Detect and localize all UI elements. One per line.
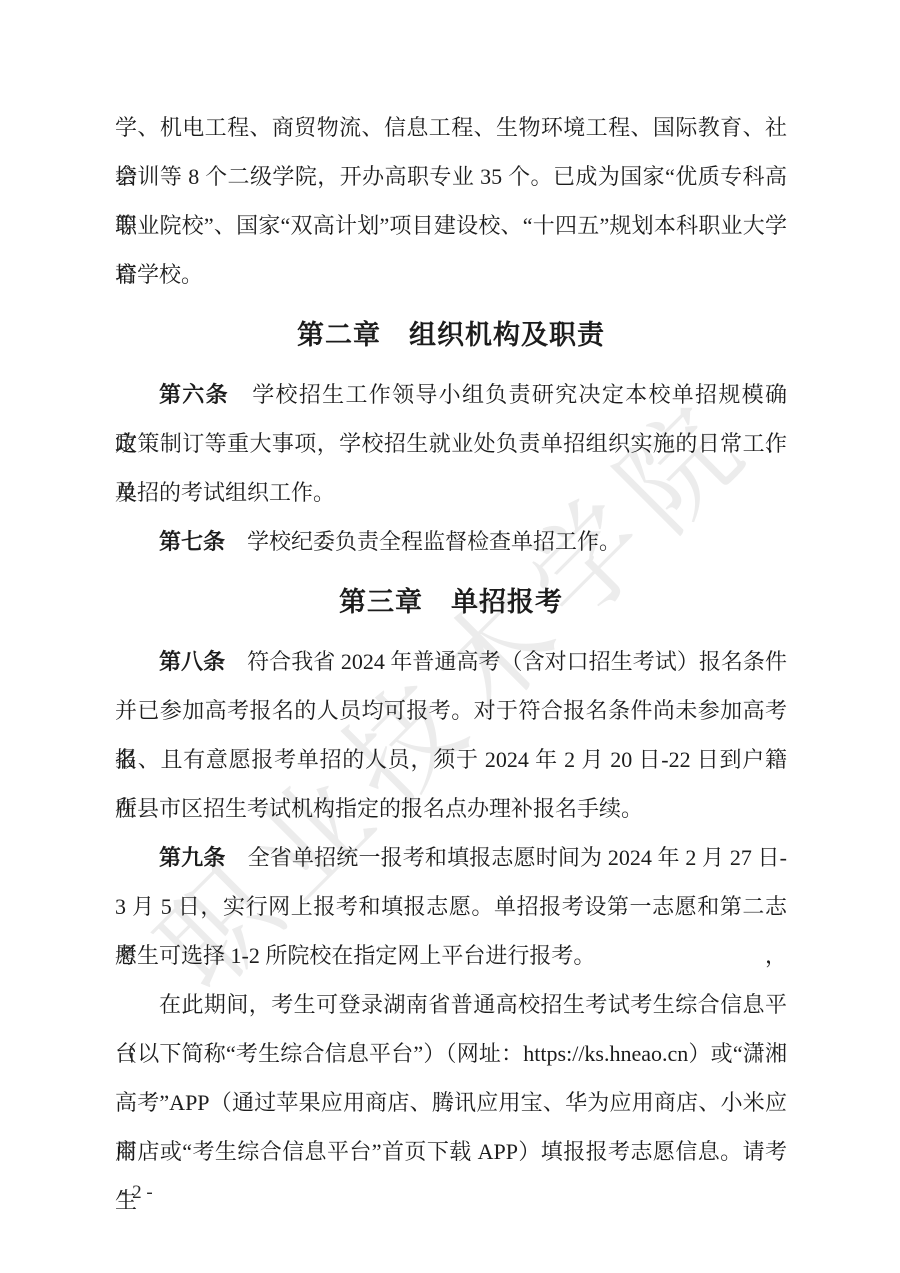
text-line: 第八条 符合我省 2024 年普通高考（含对口招生考试）报名条件: [115, 637, 787, 686]
page-number: - 2 -: [121, 1178, 153, 1208]
article-number: 第八条: [159, 649, 225, 674]
line-text: 全省单招统一报考和填报志愿时间为 2024 年 2 月 27 日-: [225, 845, 787, 870]
line-text: 在县市区招生考试机构指定的报名点办理补报名手续。: [115, 796, 643, 821]
text-line: 单招的考试组织工作。: [115, 468, 787, 517]
text-line: 3 月 5 日，实行网上报考和填报志愿。单招报考设第一志愿和第二志愿，: [115, 882, 787, 931]
line-text: 单招的考试组织工作。: [115, 480, 335, 505]
text-line: 育学校。: [115, 250, 787, 299]
line-text: 商店或“考生综合信息平台”首页下载 APP）填报报考志愿信息。请考生: [115, 1139, 787, 1213]
line-text: 考生可选择 1-2 所院校在指定网上平台进行报考。: [115, 943, 595, 968]
document-content: 学、机电工程、商贸物流、信息工程、生物环境工程、国际教育、社会培训等 8 个二级…: [115, 103, 787, 1176]
text-line: 并已参加高考报名的人员均可报考。对于符合报名条件尚未参加高考报: [115, 686, 787, 735]
article-number: 第九条: [159, 845, 225, 870]
text-line: 商店或“考生综合信息平台”首页下载 APP）填报报考志愿信息。请考生: [115, 1127, 787, 1176]
text-line: 第六条 学校招生工作领导小组负责研究决定本校单招规模确定、: [115, 370, 787, 419]
article-number: 第七条: [159, 529, 225, 554]
text-line: （以下简称“考生综合信息平台”）（网址：https://ks.hneao.cn）…: [115, 1029, 787, 1078]
article-number: 第六条: [159, 382, 229, 407]
text-line: 第七条 学校纪委负责全程监督检查单招工作。: [115, 517, 787, 566]
chapter-heading: 第三章 单招报考: [115, 578, 787, 627]
text-line: 第九条 全省单招统一报考和填报志愿时间为 2024 年 2 月 27 日-: [115, 833, 787, 882]
text-line: 在此期间，考生可登录湖南省普通高校招生考试考生综合信息平台: [115, 980, 787, 1029]
text-line: 职业院校”、国家“双高计划”项目建设校、“十四五”规划本科职业大学培: [115, 201, 787, 250]
line-text: （以下简称“考生综合信息平台”）（网址：https://ks.hneao.cn）…: [115, 1041, 787, 1066]
text-line: 学、机电工程、商贸物流、信息工程、生物环境工程、国际教育、社会: [115, 103, 787, 152]
document-page: 职业技术学院 学、机电工程、商贸物流、信息工程、生物环境工程、国际教育、社会培训…: [0, 0, 900, 1273]
line-text: 学校纪委负责全程监督检查单招工作。: [225, 529, 621, 554]
line-text: 育学校。: [115, 262, 203, 287]
text-line: 培训等 8 个二级学院，开办高职专业 35 个。已成为国家“优质专科高等: [115, 152, 787, 201]
text-line: 政策制订等重大事项，学校招生就业处负责单招组织实施的日常工作及: [115, 419, 787, 468]
text-line: 高考”APP（通过苹果应用商店、腾讯应用宝、华为应用商店、小米应用: [115, 1078, 787, 1127]
chapter-heading: 第二章 组织机构及职责: [115, 311, 787, 360]
line-text: 符合我省 2024 年普通高考（含对口招生考试）报名条件: [225, 649, 787, 674]
text-line: 名、且有意愿报考单招的人员，须于 2024 年 2 月 20 日-22 日到户籍…: [115, 735, 787, 784]
text-line: 在县市区招生考试机构指定的报名点办理补报名手续。: [115, 784, 787, 833]
